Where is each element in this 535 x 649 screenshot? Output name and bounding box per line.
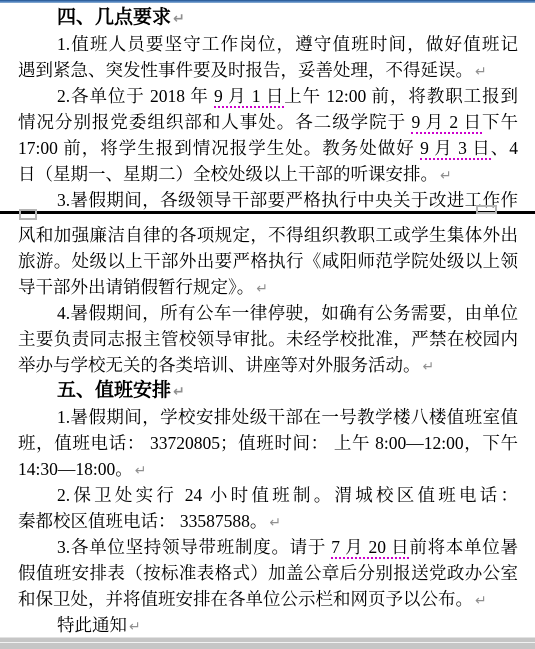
text-run: 上午 12:00 前，将教职工报到: [284, 86, 518, 106]
text-run: 遇到紧急、突发性事件要及时报告，妥善处理，不得延误。: [18, 60, 473, 80]
text-line[interactable]: 旅游。处级以上干部外出要严格执行《咸阳师范学院处级以上领: [18, 248, 518, 274]
text-run: 2.各单位于 2018 年: [57, 86, 214, 106]
text-line[interactable]: 导干部外出请销假暂行规定》。↵: [18, 274, 518, 300]
text-line[interactable]: 举办与学校无关的各类培训、讲座等对外服务活动。↵: [18, 352, 518, 378]
text-run: 风和加强廉洁自律的各项规定，不得组织教职工或学生集体外出: [18, 225, 518, 245]
text-run: 3.暑假期间，各级领导干部要严格执行中央关于改进工作作: [57, 190, 518, 210]
grammar-underline-text: 9 月 1 日: [214, 86, 284, 108]
paragraph-mark-icon: ↵: [256, 276, 268, 300]
text-run: 和保卫处，并将值班安排在各单位公示栏和网页予以公布。: [18, 589, 473, 609]
text-run: 秦都校区值班电话： 33587588。: [18, 511, 267, 531]
text-line[interactable]: 17:00 前，将学生报到情况报学生处。教务处做好 9 月 3 日、4: [18, 135, 518, 161]
text-run: 2.保卫处实行 24 小时值班制。渭城校区值班电话：33720110，: [18, 485, 518, 508]
text-run: 举办与学校无关的各类培训、讲座等对外服务活动。: [18, 355, 421, 375]
text-line[interactable]: 3.暑假期间，各级领导干部要严格执行中央关于改进工作作: [18, 187, 518, 213]
paragraph-mark-icon: ↵: [173, 6, 185, 31]
text-run: 3.各单位坚持领导带班制度。请于: [57, 537, 331, 557]
paragraph-mark-icon: ↵: [423, 354, 435, 378]
page-break: [0, 213, 535, 222]
grammar-underline-text: 9 月 3 日: [420, 138, 491, 160]
text-line[interactable]: 2.保卫处实行 24 小时值班制。渭城校区值班电话：33720110，: [18, 482, 518, 508]
text-run: 1.暑假期间，学校安排处级干部在一号教学楼八楼值班室值: [57, 407, 518, 427]
text-line[interactable]: 秦都校区值班电话： 33587588。↵: [18, 508, 518, 534]
text-run: 、4: [491, 138, 518, 158]
grammar-underline-text: 9 月 2 日: [411, 112, 482, 134]
document-page[interactable]: 四、几点要求↵1.值班人员要坚守工作岗位，遵守值班时间，做好值班记录，遇到紧急、…: [0, 3, 535, 637]
text-run: 假值班安排表（按标准表格式）加盖公章后分别报送党政办公室: [18, 563, 518, 583]
text-line[interactable]: 2.各单位于 2018 年 9 月 1 日上午 12:00 前，将教职工报到: [18, 83, 518, 109]
paragraph-mark-icon: ↵: [440, 163, 452, 187]
text-line[interactable]: 和保卫处，并将值班安排在各单位公示栏和网页予以公布。↵: [18, 586, 518, 612]
text-run: 旅游。处级以上干部外出要严格执行《咸阳师范学院处级以上领: [18, 251, 518, 271]
scrollbar-gloss: [0, 642, 535, 643]
text-line[interactable]: 班，值班电话： 33720805；值班时间： 上午 8:00—12:00，下午: [18, 430, 518, 456]
text-run: 四、几点要求: [57, 7, 171, 28]
text-line[interactable]: 4.暑假期间，所有公车一律停驶，如确有公务需要，由单位: [18, 300, 518, 326]
text-run: 情况分别报党委组织部和人事处。各二级学院于: [18, 112, 411, 132]
text-run: 日（星期一、星期二）全校处级以上干部的听课安排。: [18, 164, 438, 184]
margin-marker-right: [476, 205, 497, 214]
paragraph-mark-icon: ↵: [129, 614, 141, 637]
paragraph-mark-icon: ↵: [475, 588, 487, 612]
text-run: 特此通知: [57, 615, 127, 635]
text-run: 下午: [482, 112, 518, 132]
page-break-line: [0, 211, 535, 214]
text-run: 主要负责同志报主管校领导审批。未经学校批准，严禁在校园内: [18, 329, 518, 349]
text-line[interactable]: 1.暑假期间，学校安排处级干部在一号教学楼八楼值班室值: [18, 404, 518, 430]
text-run: 4.暑假期间，所有公车一律停驶，如确有公务需要，由单位: [57, 303, 518, 323]
text-run: 班，值班电话： 33720805；值班时间： 上午 8:00—12:00，下午: [18, 433, 518, 453]
text-run: 五、值班安排: [57, 380, 171, 401]
text-line[interactable]: 特此通知↵: [18, 612, 518, 637]
text-run: 1.值班人员要坚守工作岗位，遵守值班时间，做好值班记录，: [18, 34, 518, 57]
text-run: 导干部外出请销假暂行规定》。: [18, 277, 254, 297]
text-run: 前将本单位暑: [409, 537, 518, 557]
text-line[interactable]: 日（星期一、星期二）全校处级以上干部的听课安排。↵: [18, 161, 518, 187]
text-line[interactable]: 假值班安排表（按标准表格式）加盖公章后分别报送党政办公室: [18, 560, 518, 586]
text-line[interactable]: 3.各单位坚持领导带班制度。请于 7 月 20 日前将本单位暑: [18, 534, 518, 560]
horizontal-scrollbar[interactable]: [0, 637, 535, 649]
section-heading[interactable]: 四、几点要求↵: [18, 5, 518, 31]
section-heading[interactable]: 五、值班安排↵: [18, 378, 518, 404]
grammar-underline-text: 7 月 20 日: [331, 537, 409, 559]
text-line[interactable]: 14:30—18:00。↵: [18, 456, 518, 482]
paragraph-mark-icon: ↵: [269, 510, 281, 534]
text-line[interactable]: 遇到紧急、突发性事件要及时报告，妥善处理，不得延误。↵: [18, 57, 518, 83]
paragraph-mark-icon: ↵: [475, 59, 487, 83]
text-line[interactable]: 情况分别报党委组织部和人事处。各二级学院于 9 月 2 日下午: [18, 109, 518, 135]
paragraph-mark-icon: ↵: [173, 379, 185, 404]
margin-marker-left: [19, 209, 37, 220]
text-line[interactable]: 风和加强廉洁自律的各项规定，不得组织教职工或学生集体外出: [18, 222, 518, 248]
text-line[interactable]: 主要负责同志报主管校领导审批。未经学校批准，严禁在校园内: [18, 326, 518, 352]
text-line[interactable]: 1.值班人员要坚守工作岗位，遵守值班时间，做好值班记录，: [18, 31, 518, 57]
text-run: 14:30—18:00。: [18, 459, 133, 479]
text-run: 17:00 前，将学生报到情况报学生处。教务处做好: [18, 138, 420, 158]
paragraph-mark-icon: ↵: [135, 458, 147, 482]
